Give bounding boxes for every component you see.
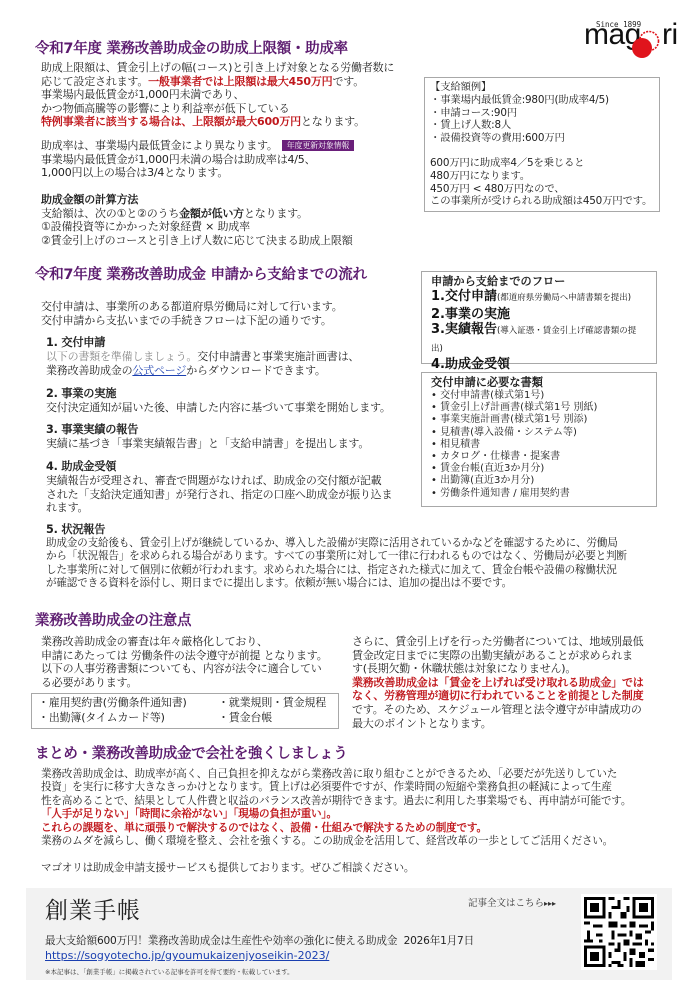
flow-intro: 交付申請は、事業所のある都道府県労働局に対して行います。 交付申請から支払いまで… [41,300,411,327]
cautions-right-text: さらに、賃金引上げを行った労働者については、地域別最低 賃金改定日までに実際の出… [352,635,682,730]
service-note: マゴオリは助成金申請支援サービスも提供しております。ぜひご相談ください。 [41,862,681,875]
flow-summary-box: 申請から支給までのフロー 1.交付申請(都道府県労働局へ申請書類を提出) 2.事… [421,271,657,364]
cautions-left-text: 業務改善助成金の審査は年々厳格化しており、 申請にあたっては 労働条件の法令遵守… [41,635,341,689]
text-line: ②賃金引上げのコースと引き上げ人数に応じて決まる助成上限額 [41,234,411,248]
doc-item: • 交付申請書(様式第1号) [431,390,647,402]
section-title-summary: まとめ・業務改善助成金で会社を強くしましょう [35,745,347,763]
source-footer: 創業手帳 記事全文はこちら▸▸▸ 最大支給額600万円！業務改善助成金は生産性や… [26,888,672,980]
text-line: 実績報告が受理され、審査で問題がなければ、助成金の交付額が記載 [46,474,416,488]
doc-item-label: 賃金引上げ計画書(様式第1号 別紙) [440,402,597,413]
text-line: 申請にあたっては 労働条件の法令遵守が前提 となります。 [41,649,341,663]
text-line: 事業場内最低賃金が1,000円未満の場合は助成率は4/5、 [41,153,411,167]
text-line: 応じて設定されます。一般事業者では上限額は最大450万円です。 [41,75,411,89]
text-line: 特例事業者に該当する場合は、上限額が最大600万円となります。 [41,115,411,129]
text-line: 1,000円以上の場合は3/4となります。 [41,166,411,180]
text: 応じて設定されます。 [41,75,148,88]
disclaimer: ※本記事は、「創業手帳」に掲載されている記事を許可を得て要約・転載しています。 [45,965,294,979]
text: となります。 [244,207,308,220]
flow-item: 3.実績報告(導入証憑・賃金引上げ確認書類の提出) [431,322,647,357]
doc-item: • 賃金引上げ計画書(様式第1号 別紙) [431,402,647,414]
doc-item-label: カタログ・仕様書・提案書 [440,451,560,462]
text-line: さらに、賃金引上げを行った労働者については、地域別最低 [352,635,682,649]
example-item: ・事業場内最低賃金:980円(助成率4/5) [430,94,654,107]
text-line-emphasis: これらの課題を、単に頑張りで解決するのではなく、設備・仕組みで解決するための制度… [41,822,681,835]
doc-item: • 相見積書 [431,439,647,451]
example-result: 600万円に助成率4／5を乗じると [430,157,654,170]
flow-item-note: (都道府県労働局へ申請書類を提出) [497,293,631,303]
text-line: された「支給決定通知書」が発行され、指定の口座へ助成金が振り込ま [46,488,416,502]
text-line: 交付決定通知が届いた後、申請した内容に基づいて事業を開始します。 [46,401,416,415]
text: からダウンロードできます。 [186,364,326,377]
text-line: 事業場内最低賃金が1,000円未満であり、 [41,88,411,102]
text-line-emphasis: 業務改善助成金は「賃金を上げれば受け取れる助成金」では [352,676,682,690]
summary-text: 業務改善助成金は、助成率が高く、自己負担を抑えながら業務改善に取り組むことができ… [41,768,681,876]
read-more-label: 記事全文はこちら [468,898,544,909]
doc-item-label: 事業実施計画書(様式第1号 別添) [440,414,587,425]
text-line: 最大のポイントとなります。 [352,717,682,731]
text-line: 助成金の支給後も、賃金引上げが継続しているか、導入した設備が実際に活用されている… [46,537,676,550]
text: となります。 [301,115,365,128]
step-title: 3. 事業実績の報告 [46,423,416,437]
doc-item-label: 見積書(導入設備・システム等) [440,427,577,438]
example-item: ・申請コース:90円 [430,107,654,120]
flow-item-main: 1.交付申請 [431,289,497,304]
highlight-general-limit: 一般事業者では上限額は最大450万円 [148,75,332,88]
text-line: 以下の書類を準備しましょう。交付申請書と事業実施計画書は、 [46,350,416,364]
calc-title: 助成金額の計算方法 [41,193,411,207]
doc-item-label: 相見積書 [440,439,480,450]
text: 交付申請書と事業実施計画書は、 [197,350,359,363]
logo: Since 1899 mag ri [584,16,684,66]
read-more-link[interactable]: 記事全文はこちら▸▸▸ [468,897,556,911]
text-line: 交付申請から支払いまでの手続きフローは下記の通りです。 [41,314,411,328]
step-3: 3. 事業実績の報告 実績に基づき「事業実績報告書」と「支給申請書」を提出します… [46,423,416,451]
text-line: 助成率は、事業場内最低賃金により異なります。年度更新対象情報 [41,139,411,153]
article-title-line: 最大支給額600万円！業務改善助成金は生産性や効率の強化に使える助成金 2026… [45,935,474,949]
text-line: れます。 [46,501,416,515]
text-bold: 金額が低い方 [179,207,244,220]
text-line: が確認できる資料を添付し、期日までに提出します。依頼が無い場合には、追加の提出は… [46,577,676,590]
text-line-emphasis: なく、労務管理が適切に行われていることを前提とした制度 [352,689,682,703]
limits-paragraph: 助成上限額は、賃金引上げの幅(コース)と引き上げ対象となる労働者数に 応じて設定… [41,61,411,129]
example-result: 450万円 < 480万円なので、 [430,183,654,196]
doc-item: • 出勤簿(直近3か月分) [431,475,647,487]
hr-doc-item: ・賃金台帳 [218,711,332,726]
text-line: る必要があります。 [41,676,341,690]
hr-docs-box: ・雇用契約書(労働条件通知書) ・就業規則・賃金規程 ・出勤簿(タイムカード等)… [31,693,339,729]
step-4: 4. 助成金受領 実績報告が受理され、審査で問題がなければ、助成金の交付額が記載… [46,460,416,515]
arrow-right-icon: ▸▸▸ [544,899,556,908]
doc-item-label: 労働条件通知書 / 雇用契約書 [440,488,570,499]
example-result: この事業所が受けられる助成額は450万円です。 [430,195,654,208]
text-line: 業務改善助成金の公式ページからダウンロードできます。 [46,364,416,378]
text-line: す(長期欠勤・休職状態は対象になりません)。 [352,662,682,676]
article-date: 2026年1月7日 [404,935,474,947]
text-muted: 以下の書類を準備しましょう。 [46,350,197,363]
section-title-flow: 令和7年度 業務改善助成金 申請から支給までの流れ [35,266,367,284]
text-line: 業務のムダを減らし、働く環境を整え、会社を強くする。この助成金を活用して、経営改… [41,835,681,848]
text-line: 賃金改定日までに実際の出勤実績があることが求められま [352,649,682,663]
doc-item: • 賃金台帳(直近3か月分) [431,463,647,475]
flow-item-main: 3.実績報告 [431,322,497,337]
text-line: 業務改善助成金は、助成率が高く、自己負担を抑えながら業務改善に取り組むことができ… [41,768,681,781]
article-url-link[interactable]: https://sogyotecho.jp/gyoumukaizenjyosei… [45,949,329,963]
text: 助成率は、事業場内最低賃金により異なります。 [41,139,278,152]
example-result: 480万円になります。 [430,170,654,183]
example-item: ・設備投資等の費用:600万円 [430,132,654,145]
section-title-limits: 令和7年度 業務改善助成金の助成上限額・助成率 [35,40,348,58]
text-line: 業務改善助成金の審査は年々厳格化しており、 [41,635,341,649]
rate-paragraph: 助成率は、事業場内最低賃金により異なります。年度更新対象情報 事業場内最低賃金が… [41,139,411,180]
text-line: 性を高めることで、結果として人件費と収益のバランス改善が期待できます。過去に利用… [41,795,681,808]
calc-method: 助成金額の計算方法 支給額は、次の①と②のうち金額が低い方となります。 ①設備投… [41,193,411,247]
text-line: ①設備投資等にかかった対象経費 × 助成率 [41,220,411,234]
doc-item-label: 賃金台帳(直近3か月分) [440,463,544,474]
step-title: 4. 助成金受領 [46,460,416,474]
doc-item-label: 出勤簿(直近3か月分) [440,475,534,486]
step-1: 1. 交付申請 以下の書類を準備しましょう。交付申請書と事業実施計画書は、 業務… [46,336,416,377]
example-item: ・賃上げ人数:8人 [430,119,654,132]
docs-box-title: 交付申請に必要な書類 [431,376,647,390]
article-title: 最大支給額600万円！業務改善助成金は生産性や効率の強化に使える助成金 [45,935,397,947]
step-title: 1. 交付申請 [46,336,416,350]
update-tag: 年度更新対象情報 [282,140,354,151]
text-line: です。そのため、スケジュール管理と法令遵守が申請成功の [352,703,682,717]
doc-item: • 見積書(導入設備・システム等) [431,427,647,439]
required-docs-box: 交付申請に必要な書類 • 交付申請書(様式第1号) • 賃金引上げ計画書(様式第… [421,372,657,507]
step-5: 5. 状況報告 助成金の支給後も、賃金引上げが継続しているか、導入した設備が実際… [46,523,676,590]
footer-brand: 創業手帳 [45,897,141,925]
logo-mark-icon [630,29,662,61]
example-box: 【支給額例】 ・事業場内最低賃金:980円(助成率4/5) ・申請コース:90円… [424,77,660,212]
qr-code-icon[interactable] [581,894,657,970]
text: 支給額は、次の①と②のうち [41,207,179,220]
text-line: 交付申請は、事業所のある都道府県労働局に対して行います。 [41,300,411,314]
text-line-emphasis: 「人手が足りない」「時間に余裕がない」「現場の負担が重い」。 [41,808,681,821]
doc-item: • 労働条件通知書 / 雇用契約書 [431,488,647,500]
hr-doc-item: ・就業規則・賃金規程 [218,696,332,711]
text-line: から「状況報告」を求められる場合があります。すべての事業所に対して一律に行われる… [46,550,676,563]
flow-item: 4.助成金受領 [431,357,647,373]
text-line: 投資」を実行に移す大きなきっかけとなります。賃上げは必須要件ですが、作業時間の短… [41,781,681,794]
flow-box-title: 申請から支給までのフロー [431,275,647,289]
flow-item: 1.交付申請(都道府県労働局へ申請書類を提出) [431,289,647,307]
text-line: 以下の人事労務書類についても、内容が法令に適合してい [41,662,341,676]
flow-item: 2.事業の実施 [431,307,647,323]
step-title: 5. 状況報告 [46,523,676,537]
text-line: 支給額は、次の①と②のうち金額が低い方となります。 [41,207,411,221]
highlight-special-limit: 特例事業者に該当する場合は、上限額が最大600万円 [41,115,301,128]
flow-item-main: 4.助成金受領 [431,357,510,372]
text-line: 実績に基づき「事業実績報告書」と「支給申請書」を提出します。 [46,437,416,451]
doc-item: • 事業実施計画書(様式第1号 別添) [431,414,647,426]
flow-item-main: 2.事業の実施 [431,307,510,322]
text-line: した事業所に対して個別に依頼が行われます。求められた場合には、指定された様式に加… [46,564,676,577]
text-line: 助成上限額は、賃金引上げの幅(コース)と引き上げ対象となる労働者数に [41,61,411,75]
logo-word-right: ri [662,28,678,42]
official-page-link[interactable]: 公式ページ [132,364,186,377]
doc-item: • カタログ・仕様書・提案書 [431,451,647,463]
doc-item-label: 交付申請書(様式第1号) [440,390,544,401]
hr-doc-item: ・出勤簿(タイムカード等) [38,711,218,726]
section-title-cautions: 業務改善助成金の注意点 [35,612,191,630]
step-title: 2. 事業の実施 [46,387,416,401]
example-title: 【支給額例】 [430,81,654,94]
hr-doc-item: ・雇用契約書(労働条件通知書) [38,696,218,711]
text: です。 [333,75,365,88]
text: 業務改善助成金の [46,364,132,377]
step-2: 2. 事業の実施 交付決定通知が届いた後、申請した内容に基づいて事業を開始します… [46,387,416,415]
text-line: かつ物価高騰等の影響により利益率が低下している [41,102,411,116]
